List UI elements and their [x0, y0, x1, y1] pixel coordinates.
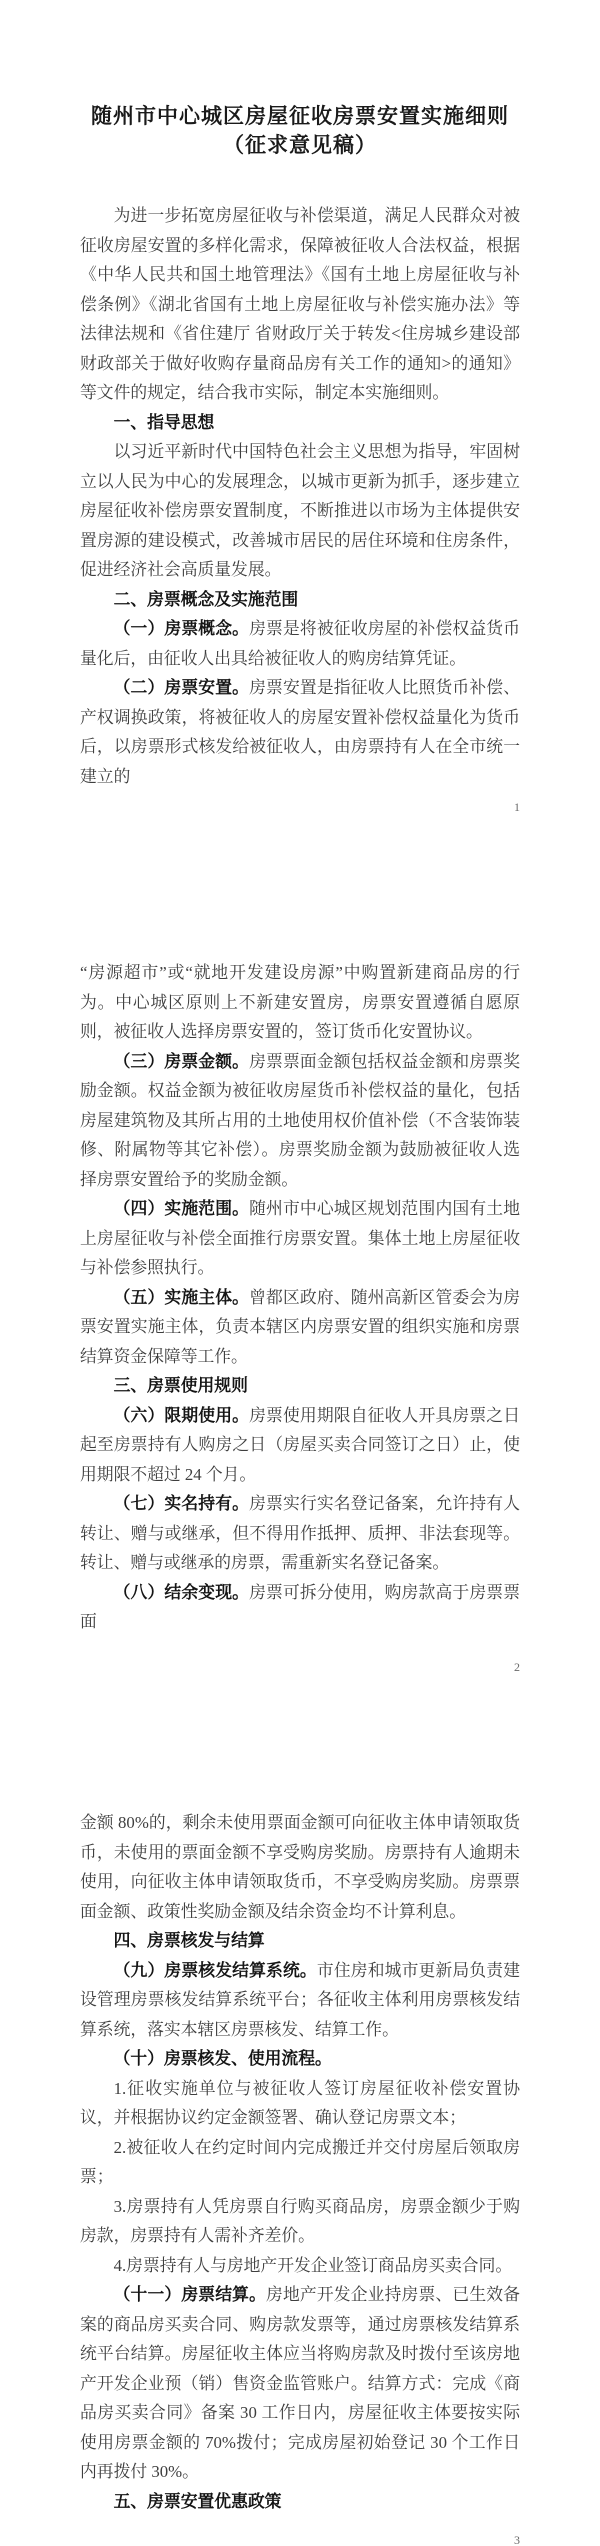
section-heading: 四、房票核发与结算 [80, 1926, 520, 1956]
paragraph-bold-lead: （十）房票核发、使用流程。 [114, 2049, 332, 2068]
paragraph-bold-lead: （六）限期使用。 [114, 1406, 250, 1425]
paragraph: （三）房票金额。房票票面金额包括权益金额和房票奖励金额。权益金额为被征收房屋货币… [80, 1047, 520, 1195]
paragraph-bold-lead: （七）实名持有。 [114, 1494, 250, 1513]
paragraph: （四）实施范围。随州市中心城区规划范围内国有土地上房屋征收与补偿全面推行房票安置… [80, 1194, 520, 1283]
paragraph: （一）房票概念。房票是将被征收房屋的补偿权益货币量化后，由征收人出具给被征收人的… [80, 614, 520, 673]
paragraph: （八）结余变现。房票可拆分使用，购房款高于房票票面 [80, 1578, 520, 1637]
page-body: 金额 80%的，剩余未使用票面金额可向征收主体申请领取货币，未使用的票面金额不享… [80, 1808, 520, 2516]
paragraph-bold-lead: （二）房票安置。 [114, 678, 250, 697]
paragraph: （十）房票核发、使用流程。 [80, 2044, 520, 2074]
paragraph: （九）房票核发结算系统。市住房和城市更新局负责建设管理房票核发结算系统平台；各征… [80, 1956, 520, 2045]
paragraph-bold-lead: （八）结余变现。 [114, 1583, 250, 1602]
page-number: 2 [80, 1659, 520, 1675]
page-number: 1 [80, 799, 520, 815]
page-body: “房源超市”或“就地开发建设房源”中购置新建商品房的行为。中心城区原则上不新建安… [80, 958, 520, 1637]
paragraph-bold-lead: （四）实施范围。 [114, 1199, 250, 1218]
paragraph: “房源超市”或“就地开发建设房源”中购置新建商品房的行为。中心城区原则上不新建安… [80, 958, 520, 1047]
paragraph: （十一）房票结算。房地产开发企业持房票、已生效备案的商品房买卖合同、购房款发票等… [80, 2280, 520, 2487]
section-heading: 一、指导思想 [80, 408, 520, 438]
section-heading: 二、房票概念及实施范围 [80, 585, 520, 615]
document-title-line2: （征求意见稿） [80, 131, 520, 160]
paragraph: （六）限期使用。房票使用期限自征收人开具房票之日起至房票持有人购房之日（房屋买卖… [80, 1401, 520, 1490]
paragraph-bold-lead: （三）房票金额。 [114, 1052, 250, 1071]
paragraph: 3.房票持有人凭房票自行购买商品房，房票金额少于购房款，房票持有人需补齐差价。 [80, 2192, 520, 2251]
paragraph-bold-lead: （一）房票概念。 [114, 619, 250, 638]
page-2: “房源超市”或“就地开发建设房源”中购置新建商品房的行为。中心城区原则上不新建安… [0, 955, 600, 1805]
paragraph: （七）实名持有。房票实行实名登记备案，允许持有人转让、赠与或继承，但不得用作抵押… [80, 1489, 520, 1578]
paragraph: 1.征收实施单位与被征收人签订房屋征收补偿安置协议，并根据协议约定金额签署、确认… [80, 2074, 520, 2133]
document-viewer: 随州市中心城区房屋征收房票安置实施细则 （征求意见稿） 为进一步拓宽房屋征收与补… [0, 0, 600, 2546]
paragraph-bold-lead: （九）房票核发结算系统。 [114, 1961, 317, 1980]
paragraph: （二）房票安置。房票安置是指征收人比照货币补偿、产权调换政策，将被征收人的房屋安… [80, 673, 520, 791]
paragraph: （五）实施主体。曾都区政府、随州高新区管委会为房票安置实施主体，负责本辖区内房票… [80, 1283, 520, 1372]
paragraph-bold-lead: （五）实施主体。 [114, 1288, 250, 1307]
document-title: 随州市中心城区房屋征收房票安置实施细则 （征求意见稿） [80, 102, 520, 160]
paragraph: 以习近平新时代中国特色社会主义思想为指导，牢固树立以人民为中心的发展理念，以城市… [80, 437, 520, 585]
section-heading: 五、房票安置优惠政策 [80, 2487, 520, 2517]
paragraph: 金额 80%的，剩余未使用票面金额可向征收主体申请领取货币，未使用的票面金额不享… [80, 1808, 520, 1926]
page-3: 金额 80%的，剩余未使用票面金额可向征收主体申请领取货币，未使用的票面金额不享… [0, 1805, 600, 2546]
page-1: 随州市中心城区房屋征收房票安置实施细则 （征求意见稿） 为进一步拓宽房屋征收与补… [0, 0, 600, 955]
document-title-line1: 随州市中心城区房屋征收房票安置实施细则 [80, 102, 520, 131]
paragraph: 4.房票持有人与房地产开发企业签订商品房买卖合同。 [80, 2251, 520, 2281]
page-number: 3 [80, 2532, 520, 2546]
page-body: 为进一步拓宽房屋征收与补偿渠道，满足人民群众对被征收房屋安置的多样化需求，保障被… [80, 201, 520, 791]
section-heading: 三、房票使用规则 [80, 1371, 520, 1401]
paragraph-bold-lead: （十一）房票结算。 [114, 2285, 266, 2304]
paragraph: 2.被征收人在约定时间内完成搬迁并交付房屋后领取房票； [80, 2133, 520, 2192]
paragraph: 为进一步拓宽房屋征收与补偿渠道，满足人民群众对被征收房屋安置的多样化需求，保障被… [80, 201, 520, 408]
